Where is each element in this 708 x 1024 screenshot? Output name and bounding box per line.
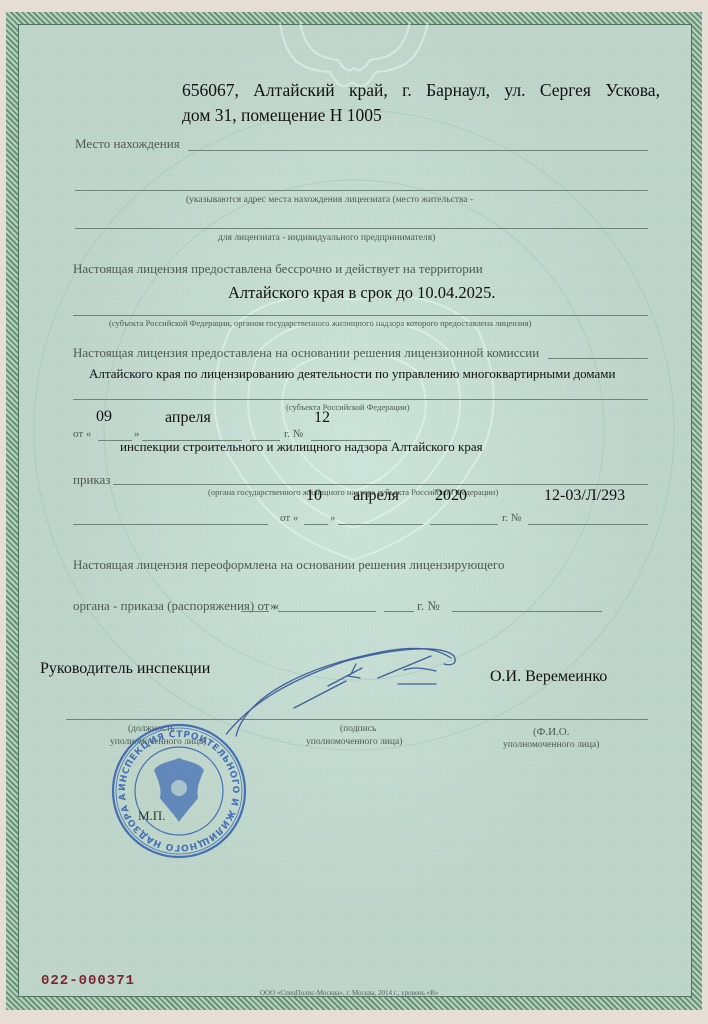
handwritten-signature-icon: [226, 636, 466, 746]
commission-date-prefix: от «: [73, 428, 91, 440]
official-stamp-icon: ИНСПЕКЦИЯ СТРОИТЕЛЬНОГО И ЖИЛИЩНОГО НАДЗ…: [110, 722, 248, 860]
order-month: апреля: [353, 487, 399, 505]
commission-line-1: [548, 358, 648, 359]
order-line: [113, 484, 648, 485]
order-fill: инспекции строительного и жилищного надз…: [120, 439, 483, 455]
order-label: приказ: [73, 472, 110, 488]
printer-info: ООО «СпецПолис-Москва», г. Москва, 2014 …: [260, 989, 438, 997]
reissue-number-line: [452, 611, 602, 612]
territory-label: Настоящая лицензия предоставлена бессроч…: [73, 261, 483, 277]
reissue-close-quote: »: [270, 598, 277, 614]
order-year-line: [430, 524, 498, 525]
signatory-name: О.И. Веремеинко: [490, 668, 607, 686]
reissue-year-suffix: г. №: [417, 598, 440, 614]
commission-hint: (субъекта Российской Федерации): [286, 402, 410, 412]
reissue-year-line: [384, 611, 414, 612]
order-day-line: [304, 524, 328, 525]
location-label: Место нахождения: [75, 136, 180, 152]
location-hint-2: для лицензиата - индивидуального предпри…: [218, 233, 435, 243]
territory-fill: Алтайского края в срок до 10.04.2025.: [228, 283, 496, 303]
signatory-position: Руководитель инспекции: [40, 660, 210, 678]
commission-label: Настоящая лицензия предоставлена на осно…: [73, 345, 539, 361]
commission-month: апреля: [165, 409, 211, 427]
commission-number: 12: [314, 409, 330, 427]
license-sheet-frame: [6, 12, 702, 1010]
serial-number: 022-000371: [41, 973, 135, 989]
order-year: 2020: [435, 487, 467, 505]
commission-day: 09: [96, 408, 112, 426]
order-number: 12-03/Л/293: [544, 487, 625, 505]
location-hint-1: (указываются адрес места нахождения лице…: [186, 195, 473, 205]
order-year-suffix: г. №: [502, 512, 521, 524]
order-date-lead-line: [73, 524, 268, 525]
seal-label: М.П.: [138, 808, 165, 824]
order-month-line: [338, 524, 423, 525]
address-fill-line-2: дом 31, помещение Н 1005: [182, 105, 382, 126]
order-day: 10: [306, 487, 322, 505]
commission-fill: Алтайского края по лицензированию деятел…: [89, 366, 615, 382]
reissue-label-1: Настоящая лицензия переоформлена на осно…: [73, 557, 504, 573]
address-fill-line-1: 656067, Алтайский край, г. Барнаул, ул. …: [182, 80, 660, 101]
order-date-close: »: [330, 512, 336, 524]
name-hint-1: (Ф.И.О.: [533, 726, 570, 738]
location-line-2: [75, 190, 648, 191]
reissue-month-line: [278, 611, 376, 612]
reissue-day-line: [241, 611, 269, 612]
territory-hint: (субъекта Российской Федерации, органом …: [109, 318, 531, 328]
location-line-3: [75, 228, 648, 229]
location-line-1: [188, 150, 648, 151]
order-number-line: [528, 524, 648, 525]
territory-line: [73, 315, 648, 316]
commission-line-2: [73, 399, 648, 400]
order-date-prefix: от «: [280, 512, 298, 524]
name-hint-2: уполномоченного лица): [503, 740, 599, 750]
